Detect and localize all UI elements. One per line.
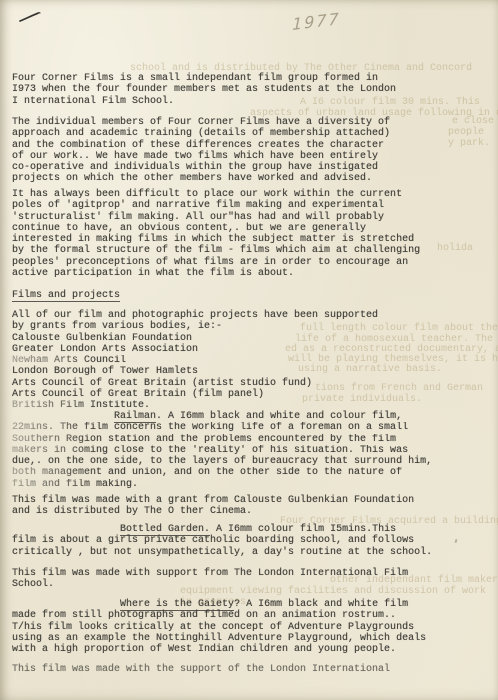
document-text-layer: Four Corner Films is a small independant… [0, 0, 498, 700]
text-line: 'structuralist' film making. All our"has… [12, 212, 420, 223]
text-line: film is about a girls private catholic b… [12, 535, 432, 546]
text-line: Newham Arts Council [12, 355, 378, 366]
paragraph: Films and projects [12, 290, 120, 301]
text-line: All of our film and photographic project… [12, 310, 378, 321]
text-line: active participation in what the film is… [12, 268, 420, 279]
text-line: Bottled Garden. A I6mm colour film I5min… [12, 524, 432, 535]
text-line: Greater London Arts Association [12, 344, 378, 355]
underlined-text: Railman [114, 411, 156, 423]
text-line: Where is the Gaiety? A I6mm black and wh… [12, 599, 426, 610]
paragraph: Bottled Garden. A I6mm colour film I5min… [12, 524, 432, 558]
text-line: T/his film looks critically at the conce… [12, 622, 426, 633]
paragraph: Four Corner Films is a small independant… [12, 73, 396, 107]
text-line: School. [12, 579, 408, 590]
text-line: and is distributed by The O ther Cinema. [12, 506, 414, 517]
text-line: It has always been difficult to place ou… [12, 189, 420, 200]
text-line: Arts Council of Great Britain (artist st… [12, 378, 378, 389]
text-line: film and film making. [12, 479, 432, 490]
text-line: poles of 'agitprop' and narrative film m… [12, 200, 420, 211]
text-line: 22mins. The film concerns the working li… [12, 422, 432, 433]
text-line: peoples' preconceptions of what films ar… [12, 257, 420, 268]
text-line: Railman. A I6mm black and white and colo… [12, 411, 432, 422]
text-line: by the formal structure of the film - fi… [12, 245, 420, 256]
text-line: using as an example the Nottinghill Adve… [12, 633, 426, 644]
paragraph: The individual members of Four Corner Fi… [12, 117, 390, 185]
text-line: projects on which the other members have… [12, 173, 390, 184]
paragraph: All of our film and photographic project… [12, 310, 378, 412]
text-line: continue to have, an obvious content,. b… [12, 223, 420, 234]
text-line: approach and academic training (details … [12, 128, 390, 139]
text-line: This film was made with the support of t… [12, 664, 390, 675]
text-line: The individual members of Four Corner Fi… [12, 117, 390, 128]
text-line: Calouste Gulbenkian Foundation [12, 333, 378, 344]
text-line: Films and projects [12, 290, 120, 301]
text-line: and the combination of these differences… [12, 140, 390, 151]
text-line: Arts Council of Great Britain (film pane… [12, 389, 378, 400]
text-line: British Film Institute. [12, 400, 378, 411]
paragraph: Where is the Gaiety? A I6mm black and wh… [12, 599, 426, 655]
paragraph: This film was made with the support of t… [12, 664, 390, 675]
text-line: Four Corner Films is a small independant… [12, 73, 396, 84]
text-line: both management and union, and on the ot… [12, 467, 432, 478]
text-line: with a high proportion of West Indian ch… [12, 644, 426, 655]
text-line: critically , but not unsympathetically, … [12, 547, 432, 558]
text-line: I973 when the four founder members met a… [12, 84, 396, 95]
text-line: I nternational Film School. [12, 96, 396, 107]
paragraph: It has always been difficult to place ou… [12, 189, 420, 279]
text-line: interested in making films in which the … [12, 234, 420, 245]
text-line: This film was made with a grant from Cal… [12, 495, 414, 506]
text-line: due,. on the one side, to the layers of … [12, 456, 432, 467]
text-line: London Borough of Tower Hamlets [12, 366, 378, 377]
text-line: made from still photographs and filmed o… [12, 610, 426, 621]
paragraph: This film was made with a grant from Cal… [12, 495, 414, 518]
typewritten-page: school and is distributed by The Other C… [0, 0, 498, 700]
text-line: by grants from various bodies, ie:- [12, 321, 378, 332]
underlined-text: Films and projects [12, 290, 120, 302]
text-line: This film was made with support from The… [12, 568, 408, 579]
text-line: of our work.. We have made two films whi… [12, 151, 390, 162]
text-line: makers in coming close to the 'reality' … [12, 445, 432, 456]
text-line: co-operative and individuals within the … [12, 162, 390, 173]
paragraph: This film was made with support from The… [12, 568, 408, 591]
text-line: Southern Region station and the problems… [12, 434, 432, 445]
paragraph: Railman. A I6mm black and white and colo… [12, 411, 432, 490]
